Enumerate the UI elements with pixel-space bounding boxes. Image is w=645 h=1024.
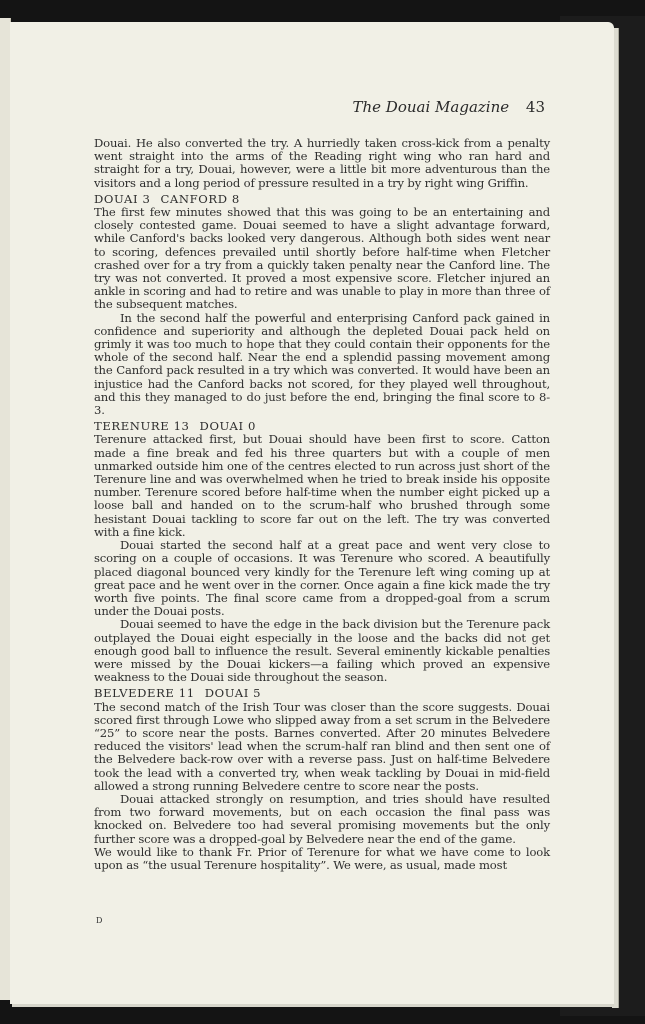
paragraph-canford-first-half: The first few minutes showed that this w… [94, 206, 550, 312]
page-number: 43 [526, 98, 545, 116]
magazine-title: The Douai Magazine [353, 98, 510, 116]
match-team-2: CANFORD 8 [160, 192, 239, 206]
article-body: Douai. He also converted the try. A hurr… [94, 137, 550, 872]
match-team-2: DOUAI 0 [200, 419, 256, 433]
paragraph-canford-second-half: In the second half the powerful and ente… [94, 312, 550, 418]
running-head: The Douai Magazine 43 [300, 98, 545, 116]
scanned-book-spread: The Douai Magazine 43 Douai. He also con… [0, 0, 645, 1024]
paragraph-terenure-second-half: Douai started the second half at a great… [94, 539, 550, 618]
match-team-2: DOUAI 5 [205, 686, 261, 700]
paragraph-terenure-first-half: Terenure attacked first, but Douai shoul… [94, 433, 550, 539]
match-heading-belvedere-douai: BELVEDERE 11DOUAI 5 [94, 687, 550, 700]
paragraph-belvedere-first-half: The second match of the Irish Tour was c… [94, 701, 550, 793]
paragraph-belvedere-second-half: Douai attacked strongly on resumption, a… [94, 793, 550, 846]
printer-signature-mark: D [96, 916, 102, 925]
paragraph-reading-continued: Douai. He also converted the try. A hurr… [94, 137, 550, 190]
match-team-1: BELVEDERE 11 [94, 686, 195, 700]
match-team-1: TERENURE 13 [94, 419, 190, 433]
paragraph-terenure-summary: Douai seemed to have the edge in the bac… [94, 618, 550, 684]
paragraph-thanks: We would like to thank Fr. Prior of Tere… [94, 846, 550, 872]
match-team-1: DOUAI 3 [94, 192, 150, 206]
